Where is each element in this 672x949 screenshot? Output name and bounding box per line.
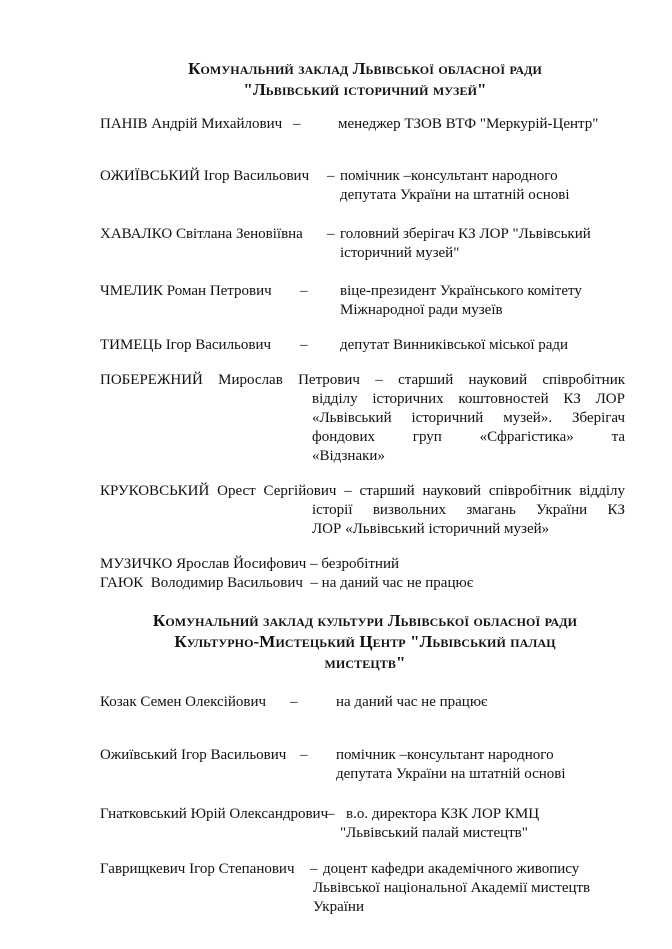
dash: – [375, 372, 383, 388]
person-first-line: ПОБЕРЕЖНИЙ Мирослав Петрович – старший н… [100, 371, 625, 390]
person-name: ГАЮК Володимир Васильович [100, 575, 303, 591]
dash: – [310, 556, 318, 572]
person-first-line-text: КРУКОВСЬКИЙ Орест Сергійович – старший н… [100, 482, 625, 501]
person-role: помічник –консультант народного [336, 746, 554, 765]
person-role: старший науковий співробітник відділу [360, 483, 625, 499]
dash: – [293, 115, 301, 134]
person-name: Гнатковський Юрій Олександрович [100, 805, 328, 824]
person-name: Ожиївський Ігор Васильович [100, 746, 286, 765]
person-name: Гаврищкевич Ігор Степанович [100, 860, 295, 879]
section-1-heading: Комунальний заклад Львівської обласної р… [90, 58, 640, 100]
person-name: МУЗИЧКО Ярослав Йосифович [100, 556, 306, 572]
person-name: КРУКОВСЬКИЙ Орест Сергійович [100, 483, 336, 499]
person-role: віце-президент Українського комітету [340, 282, 582, 301]
person-role-block: відділу історичних коштовностей КЗ ЛОР «… [312, 390, 625, 466]
person-role: депутата України на штатній основі [336, 765, 566, 784]
person-role: доцент кафедри академічного живопису [323, 860, 579, 879]
person-role: головний зберігач КЗ ЛОР "Львівський [340, 225, 591, 244]
dash: – [310, 575, 318, 591]
person-role: помічник –консультант народного [340, 167, 558, 186]
heading-line: мистецтв" [90, 652, 640, 673]
dash: – [327, 167, 335, 186]
document-page: Комунальний заклад Львівської обласної р… [0, 0, 672, 949]
section-2-heading: Комунальний заклад культури Львівської о… [90, 610, 640, 673]
person-role: в.о. директора КЗК ЛОР КМЦ [346, 805, 539, 824]
person-role: "Львівський палай мистецтв" [340, 824, 528, 843]
dash: – [310, 860, 318, 879]
person-name: ПАНІВ Андрій Михайлович [100, 115, 282, 134]
dash: – [290, 693, 298, 712]
dash: – [300, 282, 308, 301]
person-role: депутата України на штатній основі [340, 186, 570, 205]
person-role: менеджер ТЗОВ ВТФ "Меркурій-Центр" [338, 115, 598, 134]
person-role: відділу історичних коштовностей КЗ ЛОР [312, 390, 625, 409]
person-role: Міжнародної ради музеїв [340, 301, 503, 320]
person-line: МУЗИЧКО Ярослав Йосифович – безробітний [100, 555, 399, 574]
person-name: ТИМЕЦЬ Ігор Васильович [100, 336, 271, 355]
heading-line: "Львівський історичний музей" [90, 79, 640, 100]
person-role: ЛОР «Львівський історичний музей» [312, 520, 625, 539]
person-role: «Відзнаки» [312, 447, 625, 466]
person-name: ОЖИЇВСЬКИЙ Ігор Васильович [100, 167, 309, 186]
heading-line: Комунальний заклад Львівської обласної р… [90, 58, 640, 79]
dash: – [327, 225, 335, 244]
person-first-line: КРУКОВСЬКИЙ Орест Сергійович – старший н… [100, 482, 625, 501]
heading-line: Культурно-Мистецький Центр "Львівський п… [90, 631, 640, 652]
person-role: фондових груп «Сфрагістика» та [312, 428, 625, 447]
person-role: старший науковий співробітник [398, 372, 625, 388]
person-first-line-text: ПОБЕРЕЖНИЙ Мирослав Петрович – старший н… [100, 371, 625, 390]
person-role: безробітний [321, 556, 399, 572]
person-role: на даний час не працює [322, 575, 473, 591]
person-name: ЧМЕЛИК Роман Петрович [100, 282, 272, 301]
person-role: «Львівський історичний музей». Зберігач [312, 409, 625, 428]
person-role-block: історії визвольних змагань України КЗ ЛО… [312, 501, 625, 539]
dash: – [300, 336, 308, 355]
dash: – [344, 483, 352, 499]
person-role: історичний музей" [340, 244, 459, 263]
dash: – [327, 805, 335, 824]
person-name: ПОБЕРЕЖНИЙ Мирослав Петрович [100, 372, 360, 388]
person-role: на даний час не працює [336, 693, 487, 712]
heading-line: Комунальний заклад культури Львівської о… [90, 610, 640, 631]
person-name: Козак Семен Олексійович [100, 693, 266, 712]
person-role: депутат Винниківської міської ради [340, 336, 568, 355]
person-name: ХАВАЛКО Світлана Зеновіївна [100, 225, 303, 244]
person-role: Львівської національної Академії мистецт… [313, 879, 590, 898]
person-role: України [313, 898, 364, 917]
person-line: ГАЮК Володимир Васильович – на даний час… [100, 574, 473, 593]
dash: – [300, 746, 308, 765]
person-role: історії визвольних змагань України КЗ [312, 501, 625, 520]
